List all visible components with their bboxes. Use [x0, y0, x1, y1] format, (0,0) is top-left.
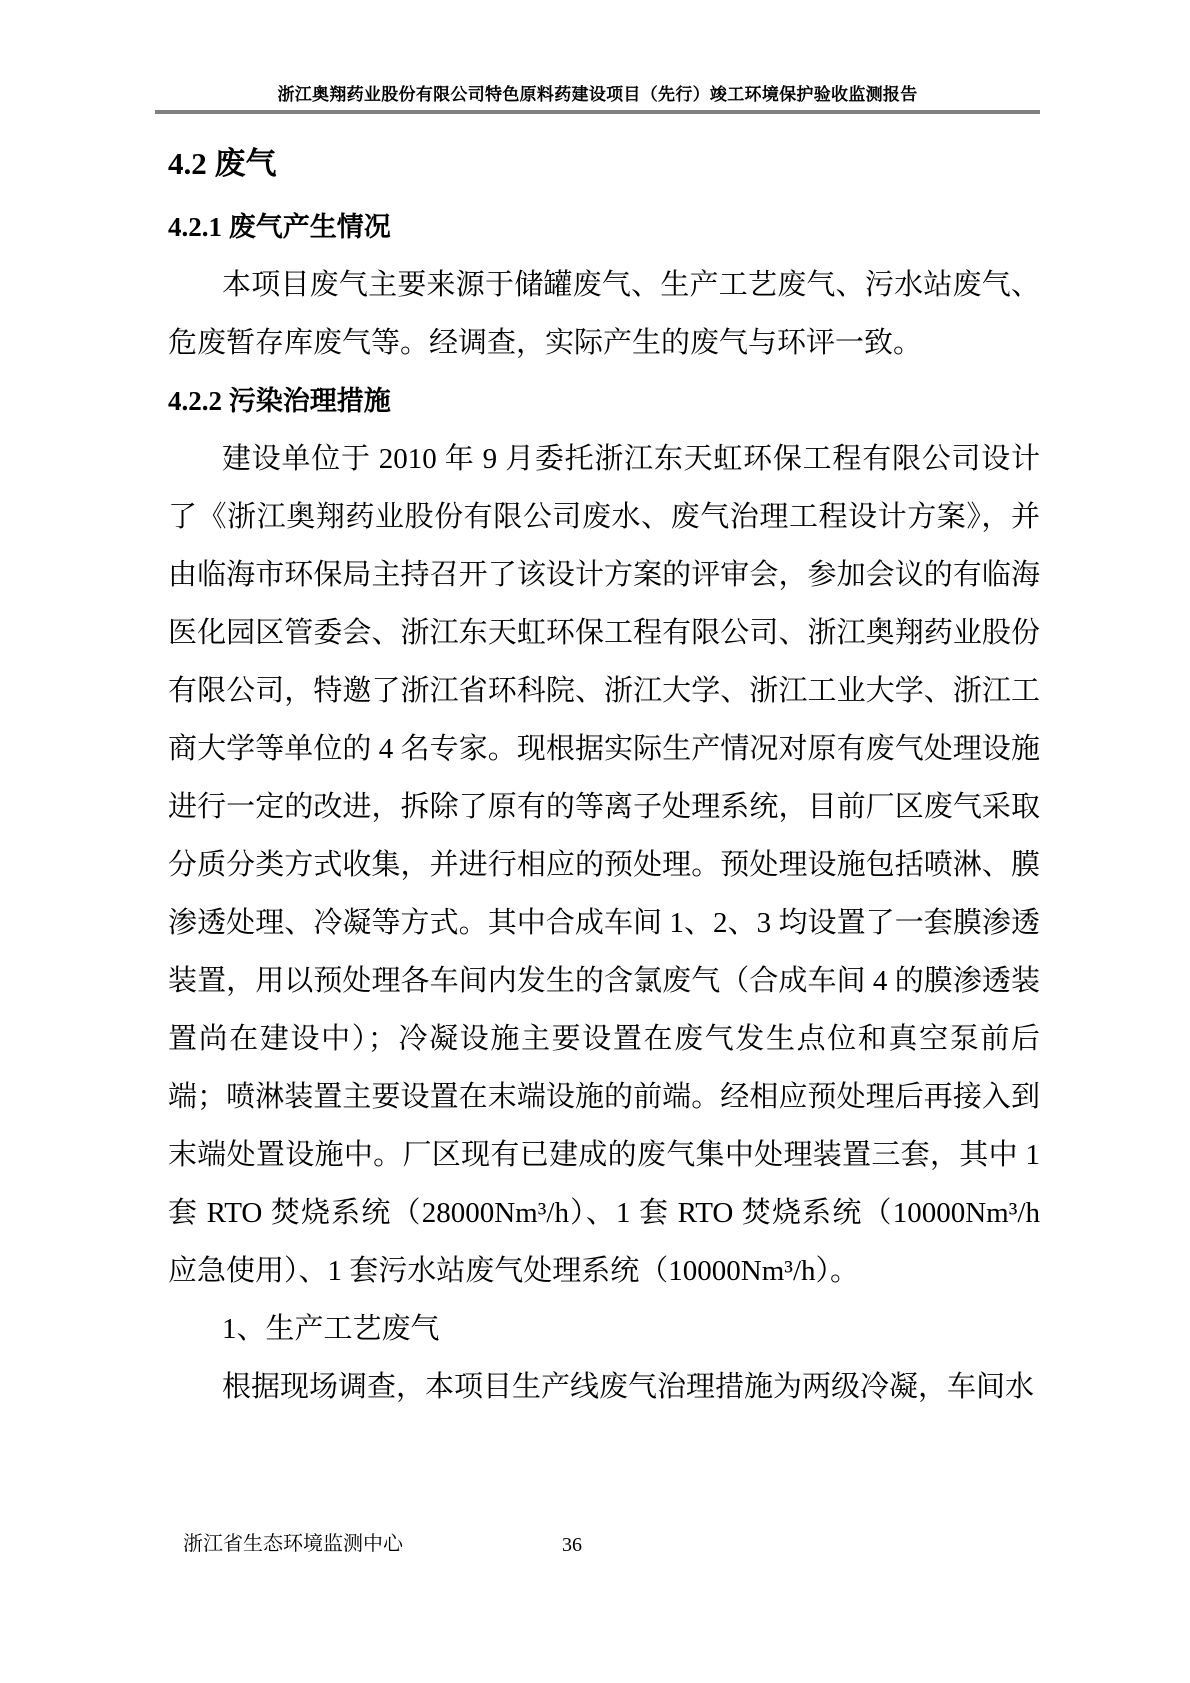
document-page: 浙江奥翔药业股份有限公司特色原料药建设项目（先行）竣工环境保护验收监测报告 4.… — [0, 0, 1190, 1683]
footer-organization: 浙江省生态环境监测中心 — [183, 1532, 403, 1556]
paragraph-pollution-control-measures: 建设单位于 2010 年 9 月委托浙江东天虹环保工程有限公司设计了《浙江奥翔药… — [168, 430, 1040, 1300]
report-header-title: 浙江奥翔药业股份有限公司特色原料药建设项目（先行）竣工环境保护验收监测报告 — [155, 80, 1040, 105]
list-item-production-process-gas: 1、生产工艺废气 — [168, 1300, 1040, 1358]
section-heading-4-2-2: 4.2.2 污染治理措施 — [168, 372, 1040, 430]
paragraph-site-survey-first-line: 根据现场调查，本项目生产线废气治理措施为两级冷凝，车间水 — [168, 1358, 1040, 1416]
section-heading-4-2-1: 4.2.1 废气产生情况 — [168, 198, 1040, 256]
section-heading-4-2: 4.2 废气 — [168, 135, 1040, 193]
header-rule — [155, 110, 1040, 114]
page-content: 4.2 废气 4.2.1 废气产生情况 本项目废气主要来源于储罐废气、生产工艺废… — [168, 135, 1040, 1416]
paragraph-waste-gas-production: 本项目废气主要来源于储罐废气、生产工艺废气、污水站废气、危废暂存库废气等。经调查… — [168, 256, 1040, 372]
footer-page-number: 36 — [562, 1533, 582, 1557]
